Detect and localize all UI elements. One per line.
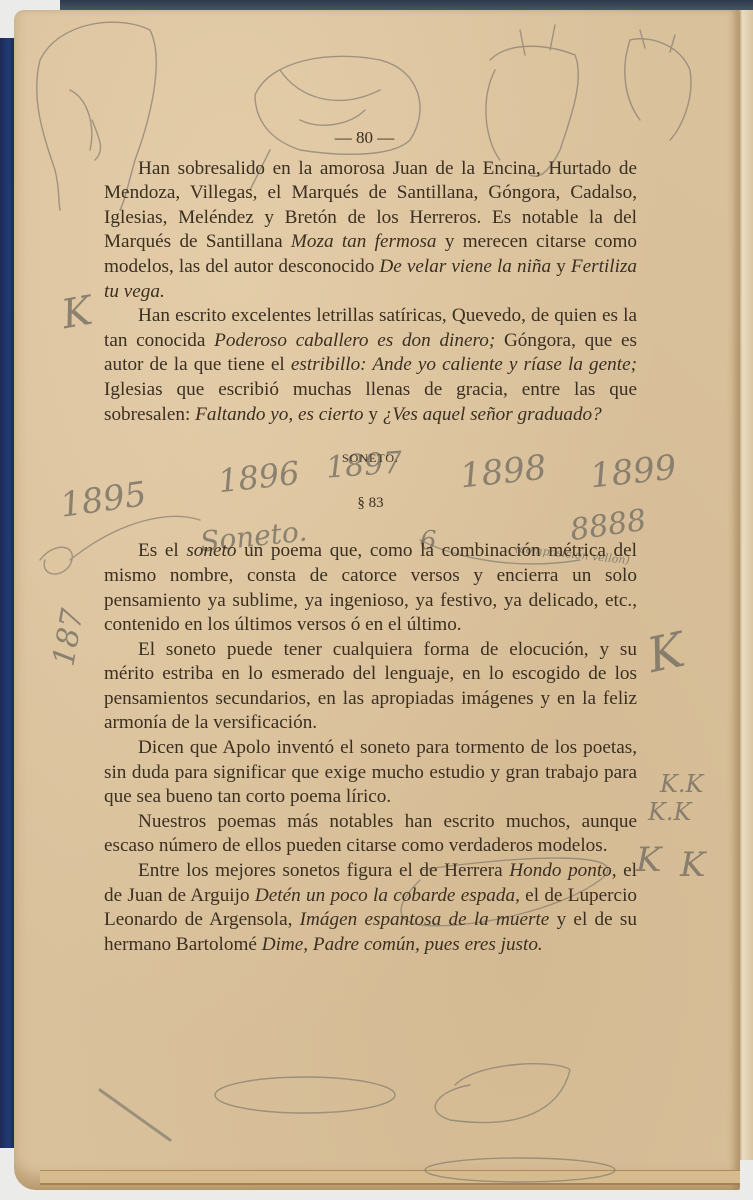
section-title: SONETO.: [104, 446, 637, 471]
page-number: — 80 —: [98, 126, 631, 151]
italic-title: Imágen espantosa de la muerte: [300, 909, 550, 930]
paragraph: Han sobresalido en la amorosa Juan de la…: [104, 157, 637, 305]
italic-title: Detén un poco la cobarde espada,: [255, 885, 520, 906]
text-run: Es el: [138, 540, 186, 561]
handwritten-k-right-4: K: [636, 840, 661, 880]
italic-title: Poderoso caballero es don dinero;: [214, 330, 495, 351]
paragraph: Es el soneto un poema que, como la combi…: [104, 539, 637, 637]
italic-title: De velar viene la niña: [379, 256, 551, 277]
text-run: Dicen que Apolo inventó el soneto para t…: [104, 737, 637, 807]
page-text: — 80 — Han sobresalido en la amorosa Jua…: [104, 126, 637, 957]
italic-title: Moza tan fermosa: [291, 231, 437, 252]
page-bottom-fold: [40, 1170, 740, 1185]
italic-title: Faltando yo, es cierto: [195, 404, 363, 425]
handwritten-k-right-5: K: [680, 845, 705, 885]
italic-title: estribillo: Ande yo caliente y ríase la …: [291, 354, 637, 375]
handwritten-k-right-3: K.K: [648, 798, 692, 826]
italic-title: ¿Ves aquel señor graduado?: [383, 404, 602, 425]
italic-title: Hondo ponto,: [509, 860, 616, 881]
text-run: y: [364, 404, 383, 425]
paragraph: Entre los mejores sonetos figura el de H…: [104, 859, 637, 957]
paragraph: Han escrito excelentes letrillas satíric…: [104, 304, 637, 427]
paragraphs-before-section: Han sobresalido en la amorosa Juan de la…: [104, 157, 637, 428]
paragraph: El soneto puede tener cualquiera forma d…: [104, 638, 637, 736]
text-run: Nuestros poemas más notables han escrito…: [104, 811, 637, 857]
italic-title: soneto: [186, 540, 236, 561]
section-number: § 83: [104, 491, 637, 516]
text-run: y: [551, 256, 571, 277]
paragraphs-after-section: Es el soneto un poema que, como la combi…: [104, 539, 637, 957]
handwritten-k-right-2: K.K: [660, 770, 704, 798]
text-run: El soneto puede tener cualquiera forma d…: [104, 639, 637, 734]
paragraph: Nuestros poemas más notables han escrito…: [104, 810, 637, 859]
paragraph: Dicen que Apolo inventó el soneto para t…: [104, 736, 637, 810]
italic-title: Dime, Padre común, pues eres justo.: [262, 934, 543, 955]
text-run: Entre los mejores sonetos figura el de H…: [138, 860, 509, 881]
